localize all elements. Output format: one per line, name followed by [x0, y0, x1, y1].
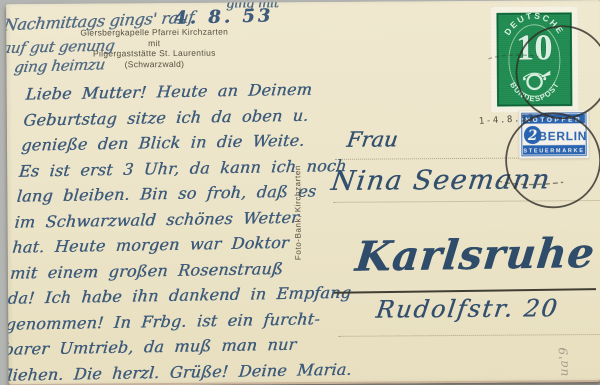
notopfer-top-label: NOTOPFER [525, 116, 582, 123]
address-salutation: Frau [345, 127, 399, 151]
scan-background: { "colors": { "card_paper": "#ece4c8", "… [0, 0, 600, 385]
address-rule-2 [333, 200, 599, 203]
postage-stamp-green: DEUTSCHE BUNDESPOST 10 [490, 6, 579, 113]
notopfer-city: BERLIN [538, 129, 587, 143]
notopfer-bottom-label: STEUERMARKE [523, 148, 584, 154]
date-note: 4. 8. 53 [174, 5, 274, 28]
scribble-line-3: ging heimzu [13, 55, 106, 76]
posthorn-stamp-art: DEUTSCHE BUNDESPOST 10 [490, 6, 579, 113]
stamp-value: 10 [516, 26, 553, 67]
notopfer-stamp-art: NOTOPFER 2 BERLIN STEUERMARKE [519, 110, 589, 158]
city-underline [334, 288, 596, 294]
address-street: Rudolfstr. 20 [374, 294, 560, 323]
notopfer-value: 2 [527, 128, 538, 144]
notopfer-stamp: NOTOPFER 2 BERLIN STEUERMARKE [519, 110, 589, 158]
pencil-note: ua'9 [556, 324, 570, 376]
letter-line: fliehen. Die herzl. Grüße! Deine Maria. [6, 357, 321, 385]
scribble-line-2: auf gut genung [6, 36, 116, 57]
postcard-back: ging mit Nachmittags gings' rauf auf gut… [6, 0, 600, 385]
address-city: Karlsruhe [353, 229, 597, 281]
photographer-credit: Foto-Bank, Kirchzarten [293, 126, 303, 260]
address-rule-1 [335, 158, 521, 160]
address-name: Nina Seemann [329, 164, 552, 197]
